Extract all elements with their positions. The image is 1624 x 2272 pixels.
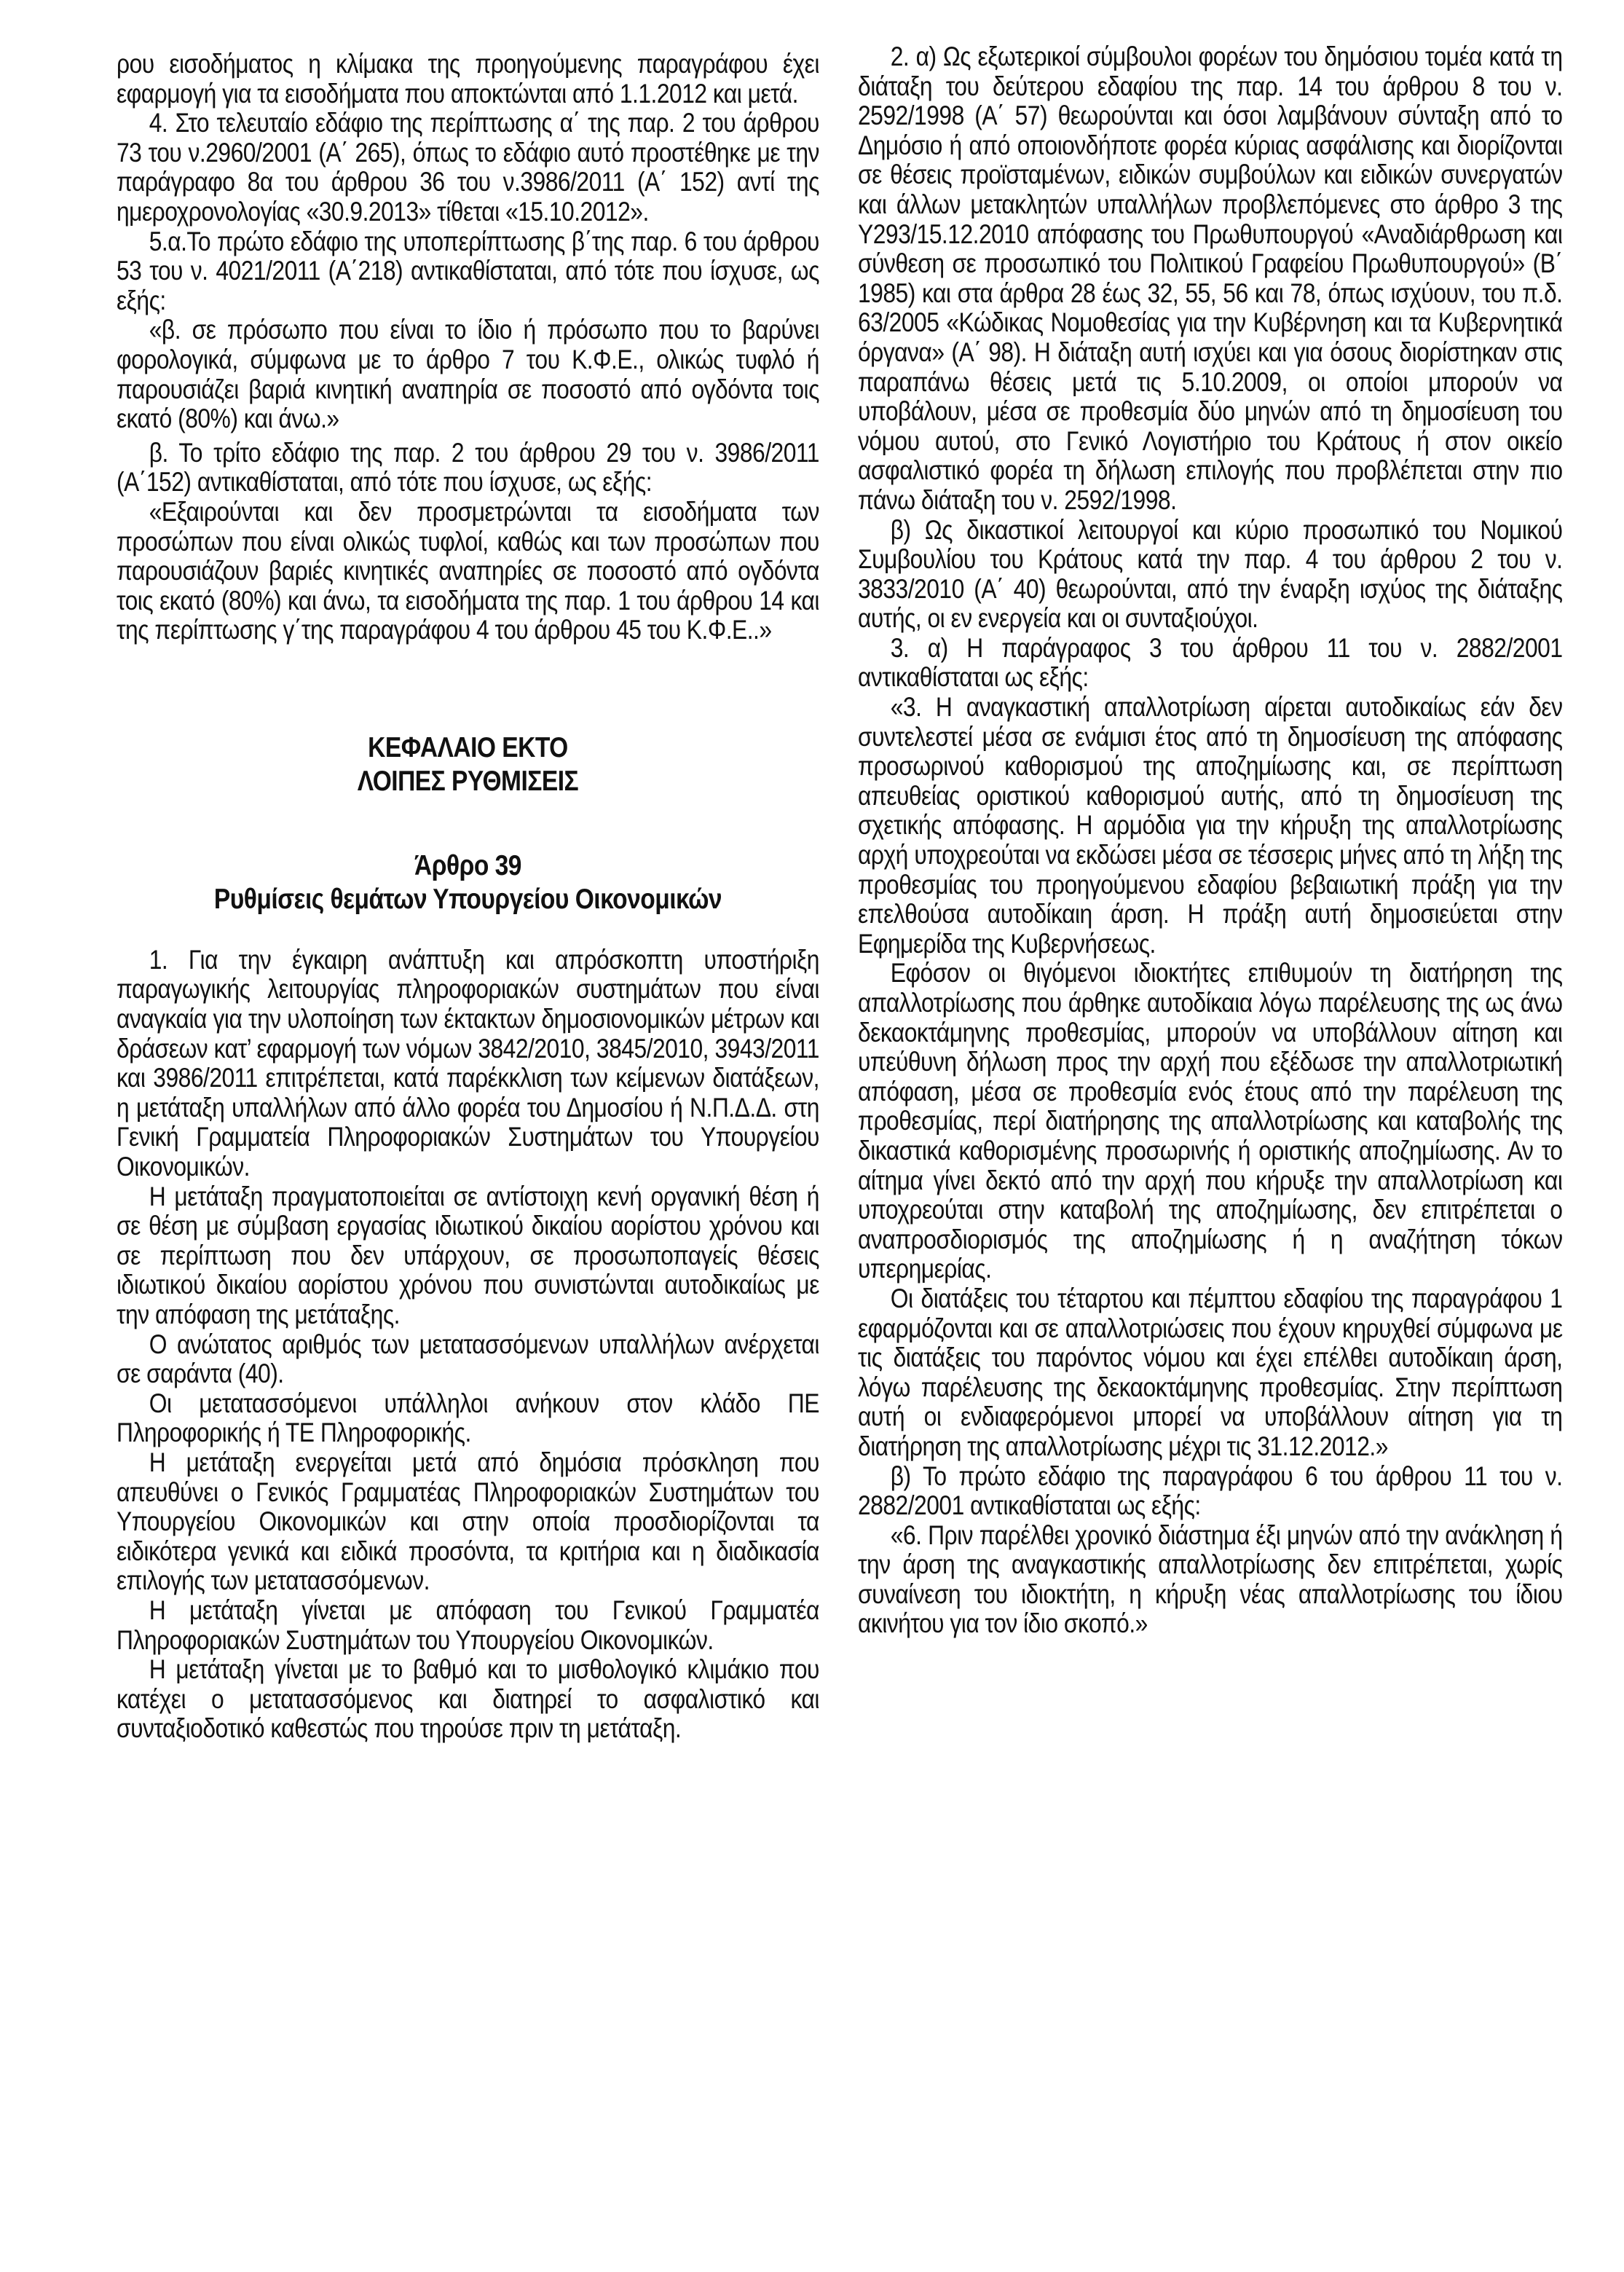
article-paragraph-grade: Η μετάταξη γίνεται με το βαθμό και το μι…	[117, 1655, 819, 1744]
chapter-title: ΚΕΦΑΛΑΙΟ ΕΚΤΟ	[117, 731, 819, 765]
left-column: ρου εισοδήματος η κλίμακα της προηγούμεν…	[117, 50, 819, 1744]
paragraph-provisions: Οι διατάξεις του τέταρτου και πέμπτου εδ…	[858, 1284, 1563, 1462]
chapter-subtitle: ΛΟΙΠΕΣ ΡΥΘΜΙΣΕΙΣ	[117, 765, 819, 798]
right-column: 2. α) Ως εξωτερικοί σύμβουλοι φορέων του…	[858, 42, 1563, 1639]
paragraph-owners-request: Εφόσον οι θιγόμενοι ιδιοκτήτες επιθυμούν…	[858, 959, 1563, 1284]
chapter-heading: ΚΕΦΑΛΑΙΟ ΕΚΤΟ ΛΟΙΠΕΣ ΡΥΘΜΙΣΕΙΣ	[117, 731, 819, 798]
article-paragraph-max-number: Ο ανώτατος αριθμός των μετατασσόμενων υπ…	[117, 1330, 819, 1389]
paragraph-4: 4. Στο τελευταίο εδάφιο της περίπτωσης α…	[117, 109, 819, 227]
quoted-paragraph-exemptions: «Εξαιρούνται και δεν προσμετρώνται τα ει…	[117, 498, 819, 645]
article-number: Άρθρο 39	[117, 849, 819, 883]
paragraph-continuation: ρου εισοδήματος η κλίμακα της προηγούμεν…	[117, 50, 819, 109]
quoted-paragraph-3: «3. Η αναγκαστική απαλλοτρίωση αίρεται α…	[858, 693, 1563, 959]
article-paragraph-1: 1. Για την έγκαιρη ανάπτυξη και απρόσκοπ…	[117, 946, 819, 1182]
article-title: Ρυθμίσεις θεμάτων Υπουργείου Οικονομικών	[117, 883, 819, 916]
article-paragraph-decision: Η μετάταξη γίνεται με απόφαση του Γενικο…	[117, 1596, 819, 1655]
paragraph-3a: 3. α) Η παράγραφος 3 του άρθρου 11 του ν…	[858, 634, 1563, 693]
article-paragraph-branch: Οι μετατασσόμενοι υπάλληλοι ανήκουν στον…	[117, 1389, 819, 1448]
paragraph-2a: 2. α) Ως εξωτερικοί σύμβουλοι φορέων του…	[858, 42, 1563, 516]
quoted-paragraph-b: «β. σε πρόσωπο που είναι το ίδιο ή πρόσω…	[117, 315, 819, 433]
article-paragraph-transfer-position: Η μετάταξη πραγματοποιείται σε αντίστοιχ…	[117, 1182, 819, 1330]
paragraph-3b: β) Το πρώτο εδάφιο της παραγράφου 6 του …	[858, 1462, 1563, 1521]
quoted-paragraph-6: «6. Πριν παρέλθει χρονικό διάστημα έξι μ…	[858, 1521, 1563, 1639]
article-paragraph-invitation: Η μετάταξη ενεργείται μετά από δημόσια π…	[117, 1448, 819, 1596]
article-heading: Άρθρο 39 Ρυθμίσεις θεμάτων Υπουργείου Οι…	[117, 849, 819, 916]
paragraph-2b: β) Ως δικαστικοί λειτουργοί και κύριο πρ…	[858, 516, 1563, 634]
paragraph-5a: 5.α.Το πρώτο εδάφιο της υποπερίπτωσης β΄…	[117, 227, 819, 316]
paragraph-5b: β. Το τρίτο εδάφιο της παρ. 2 του άρθρου…	[117, 439, 819, 498]
